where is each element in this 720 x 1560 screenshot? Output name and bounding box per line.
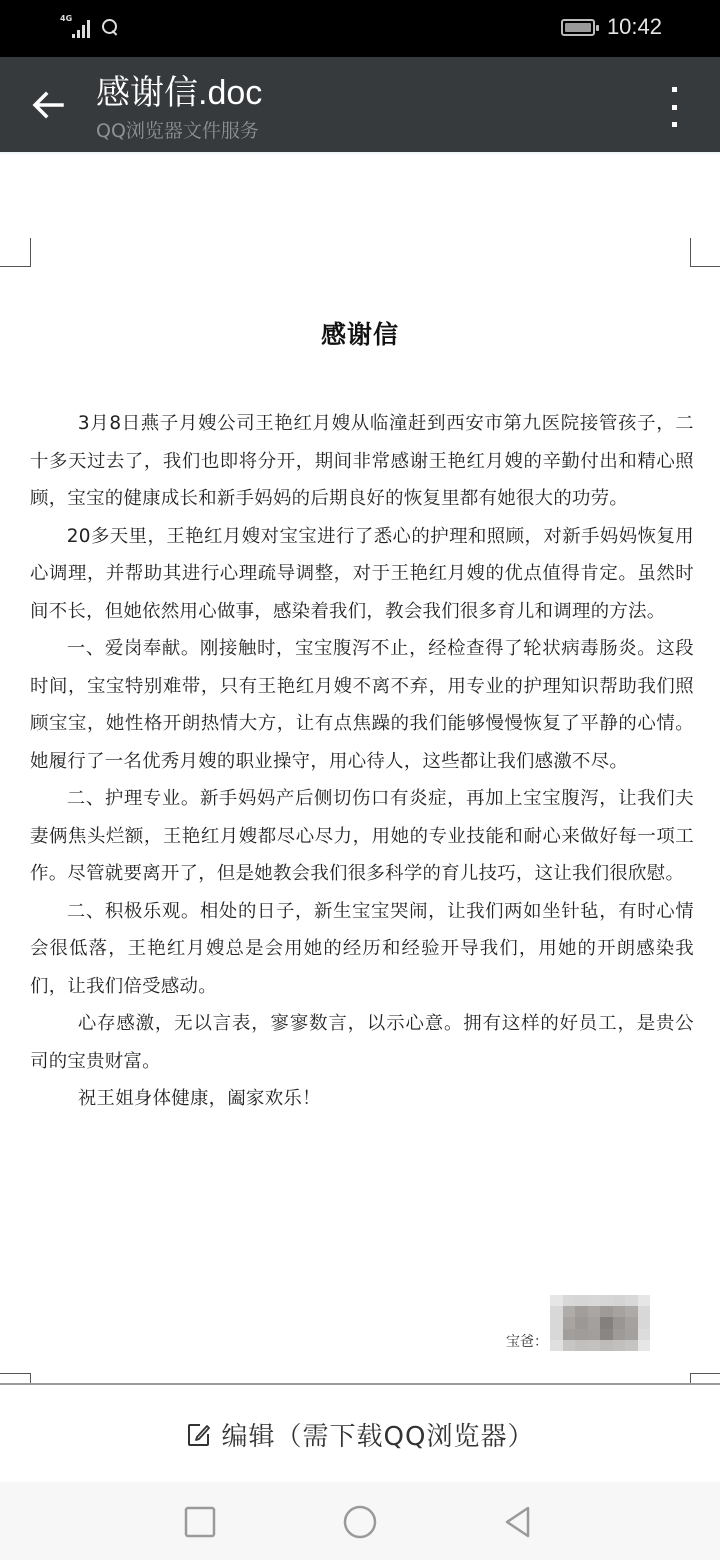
document-filename: 感谢信.doc (96, 71, 262, 115)
arrow-left-icon (28, 85, 68, 125)
document-page[interactable]: 感谢信 3月8日燕子月嫂公司王艳红月嫂从临潼赶到西安市第九医院接管孩子，二十多天… (0, 155, 720, 1385)
pixelated-name-redaction (550, 1295, 650, 1351)
paragraph: 20多天里，王艳红月嫂对宝宝进行了悉心的护理和照顾，对新手妈妈恢复用心调理，并帮… (30, 518, 694, 631)
recent-apps-button[interactable] (178, 1500, 222, 1544)
crop-mark-top-right (690, 238, 720, 267)
circle-icon (342, 1504, 378, 1540)
battery-icon (561, 19, 595, 36)
clock: 10:42 (607, 14, 662, 40)
status-left: 4G (60, 16, 118, 38)
search-icon (102, 19, 118, 35)
home-button[interactable] (338, 1500, 382, 1544)
paragraph: 祝王姐身体健康，阖家欢乐！ (30, 1080, 694, 1118)
signature-label: 宝爸： (506, 1333, 548, 1351)
triangle-back-icon (502, 1505, 534, 1539)
page-divider (0, 1383, 720, 1385)
dot-icon (672, 87, 677, 92)
edit-icon (186, 1422, 212, 1448)
system-back-button[interactable] (496, 1500, 540, 1544)
edit-button[interactable]: 编辑（需下载QQ浏览器） (186, 1416, 535, 1453)
status-right: 10:42 (561, 14, 662, 40)
signature: 宝爸： (506, 1295, 650, 1351)
paragraph: 二、积极乐观。相处的日子，新生宝宝哭闹，让我们两如坐针毡，有时心情会很低落，王艳… (30, 893, 694, 1006)
letter-body: 3月8日燕子月嫂公司王艳红月嫂从临潼赶到西安市第九医院接管孩子，二十多天过去了，… (30, 405, 694, 1118)
edit-bar: 编辑（需下载QQ浏览器） (0, 1387, 720, 1482)
title-block: 感谢信.doc QQ浏览器文件服务 (96, 71, 262, 145)
dot-icon (672, 122, 677, 127)
crop-mark-top-left (0, 238, 31, 267)
square-icon (184, 1506, 216, 1538)
more-options-button[interactable] (664, 87, 684, 127)
app-header: 感谢信.doc QQ浏览器文件服务 (0, 57, 720, 152)
letter-title: 感谢信 (0, 315, 720, 351)
signal-icon: 4G (60, 16, 96, 38)
system-nav-bar (0, 1482, 720, 1560)
network-type-label: 4G (60, 14, 72, 23)
status-bar: 4G 10:42 (0, 0, 720, 57)
paragraph: 二、护理专业。新手妈妈产后侧切伤口有炎症，再加上宝宝腹泻，让我们夫妻俩焦头烂额，… (30, 780, 694, 893)
back-button[interactable] (28, 85, 68, 125)
dot-icon (672, 105, 677, 110)
paragraph: 心存感激，无以言表，寥寥数言，以示心意。拥有这样的好员工，是贵公司的宝贵财富。 (30, 1005, 694, 1080)
service-subtitle: QQ浏览器文件服务 (96, 117, 262, 145)
edit-label: 编辑（需下载QQ浏览器） (222, 1416, 535, 1453)
paragraph: 3月8日燕子月嫂公司王艳红月嫂从临潼赶到西安市第九医院接管孩子，二十多天过去了，… (30, 405, 694, 518)
paragraph: 一、爱岗奉献。刚接触时，宝宝腹泻不止，经检查得了轮状病毒肠炎。这段时间，宝宝特别… (30, 630, 694, 780)
